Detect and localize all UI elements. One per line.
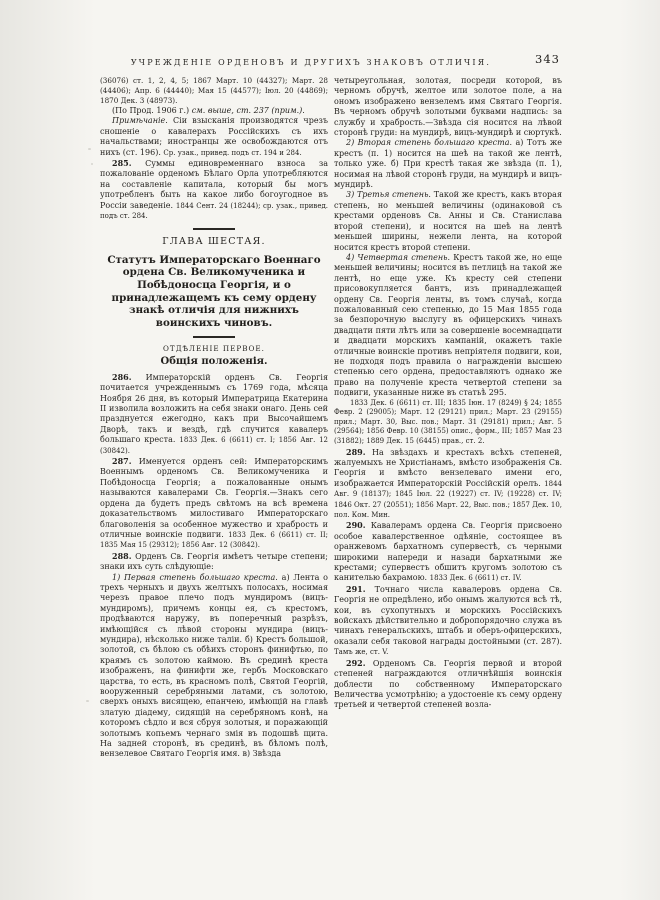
- subsection-title: Общія положенія.: [100, 356, 328, 367]
- section-divider: [193, 336, 235, 337]
- chapter-label: ГЛАВА ШЕСТАЯ.: [100, 236, 328, 247]
- right-column: четыреугольная, золотая, посреди которой…: [334, 76, 562, 760]
- article-286: 286. Императорскій орденъ Св. Георгія по…: [100, 372, 328, 456]
- scan-speck: [86, 700, 89, 702]
- article-291: 291. Точнаго числа кавалеровъ ордена Св.…: [334, 584, 562, 658]
- scan-speck: [88, 148, 91, 150]
- continuation-note: (По Прод. 1906 г.) см. выше, ст. 237 (пр…: [100, 106, 328, 116]
- degree-item-1: 1) Первая степень большаго креста. а) Ле…: [100, 573, 328, 760]
- running-head: УЧРЕЖДЕНІЕ ОРДЕНОВЪ И ДРУГИХЪ ЗНАКОВЪ ОТ…: [100, 52, 562, 70]
- article-290: 290. Кавалерамъ ордена Св. Георгія присв…: [334, 520, 562, 583]
- text-columns: (36076) ст. 1, 2, 4, 5; 1867 Март. 10 (4…: [100, 76, 562, 760]
- scan-speck: [91, 163, 93, 165]
- left-column: (36076) ст. 1, 2, 4, 5; 1867 Март. 10 (4…: [100, 76, 328, 760]
- degree-item-3: 3) Третья степень. Такой же крестъ, какъ…: [334, 190, 562, 252]
- citation-block: 1833 Дек. 6 (6611) ст. III; 1835 Іюн. 17…: [334, 399, 562, 447]
- section-divider: [193, 228, 235, 229]
- degree-item-2: 2) Вторая степень большаго креста. а) То…: [334, 138, 562, 190]
- article-288-intro: 288. Орденъ Св. Георгія имѣетъ четыре ст…: [100, 551, 328, 573]
- page-content: УЧРЕЖДЕНІЕ ОРДЕНОВЪ И ДРУГИХЪ ЗНАКОВЪ ОТ…: [100, 52, 562, 760]
- note-paragraph: Примѣчаніе. Сіи взысканія производятся ч…: [100, 116, 328, 158]
- scanned-book-page: УЧРЕЖДЕНІЕ ОРДЕНОВЪ И ДРУГИХЪ ЗНАКОВЪ ОТ…: [0, 0, 660, 900]
- subsection-label: ОТДѢЛЕНІЕ ПЕРВОЕ.: [100, 344, 328, 353]
- continuation-paragraph: четыреугольная, золотая, посреди которой…: [334, 76, 562, 138]
- article-287: 287. Именуется орденъ сей: Императорским…: [100, 456, 328, 551]
- degree-item-4: 4) Четвертая степень. Крестъ такой же, н…: [334, 253, 562, 399]
- page-number: 343: [535, 52, 560, 66]
- statute-citation: (36076) ст. 1, 2, 4, 5; 1867 Март. 10 (4…: [100, 76, 328, 106]
- chapter-title: Статутъ Императорскаго Военнаго ордена С…: [100, 254, 328, 330]
- article-289: 289. На звѣздахъ и крестахъ всѣхъ степен…: [334, 447, 562, 521]
- article-292: 292. Орденомъ Св. Георгія первой и второ…: [334, 658, 562, 711]
- article-285: 285. Суммы единовременнаго взноса за пож…: [100, 158, 328, 221]
- running-head-title: УЧРЕЖДЕНІЕ ОРДЕНОВЪ И ДРУГИХЪ ЗНАКОВЪ ОТ…: [100, 58, 522, 67]
